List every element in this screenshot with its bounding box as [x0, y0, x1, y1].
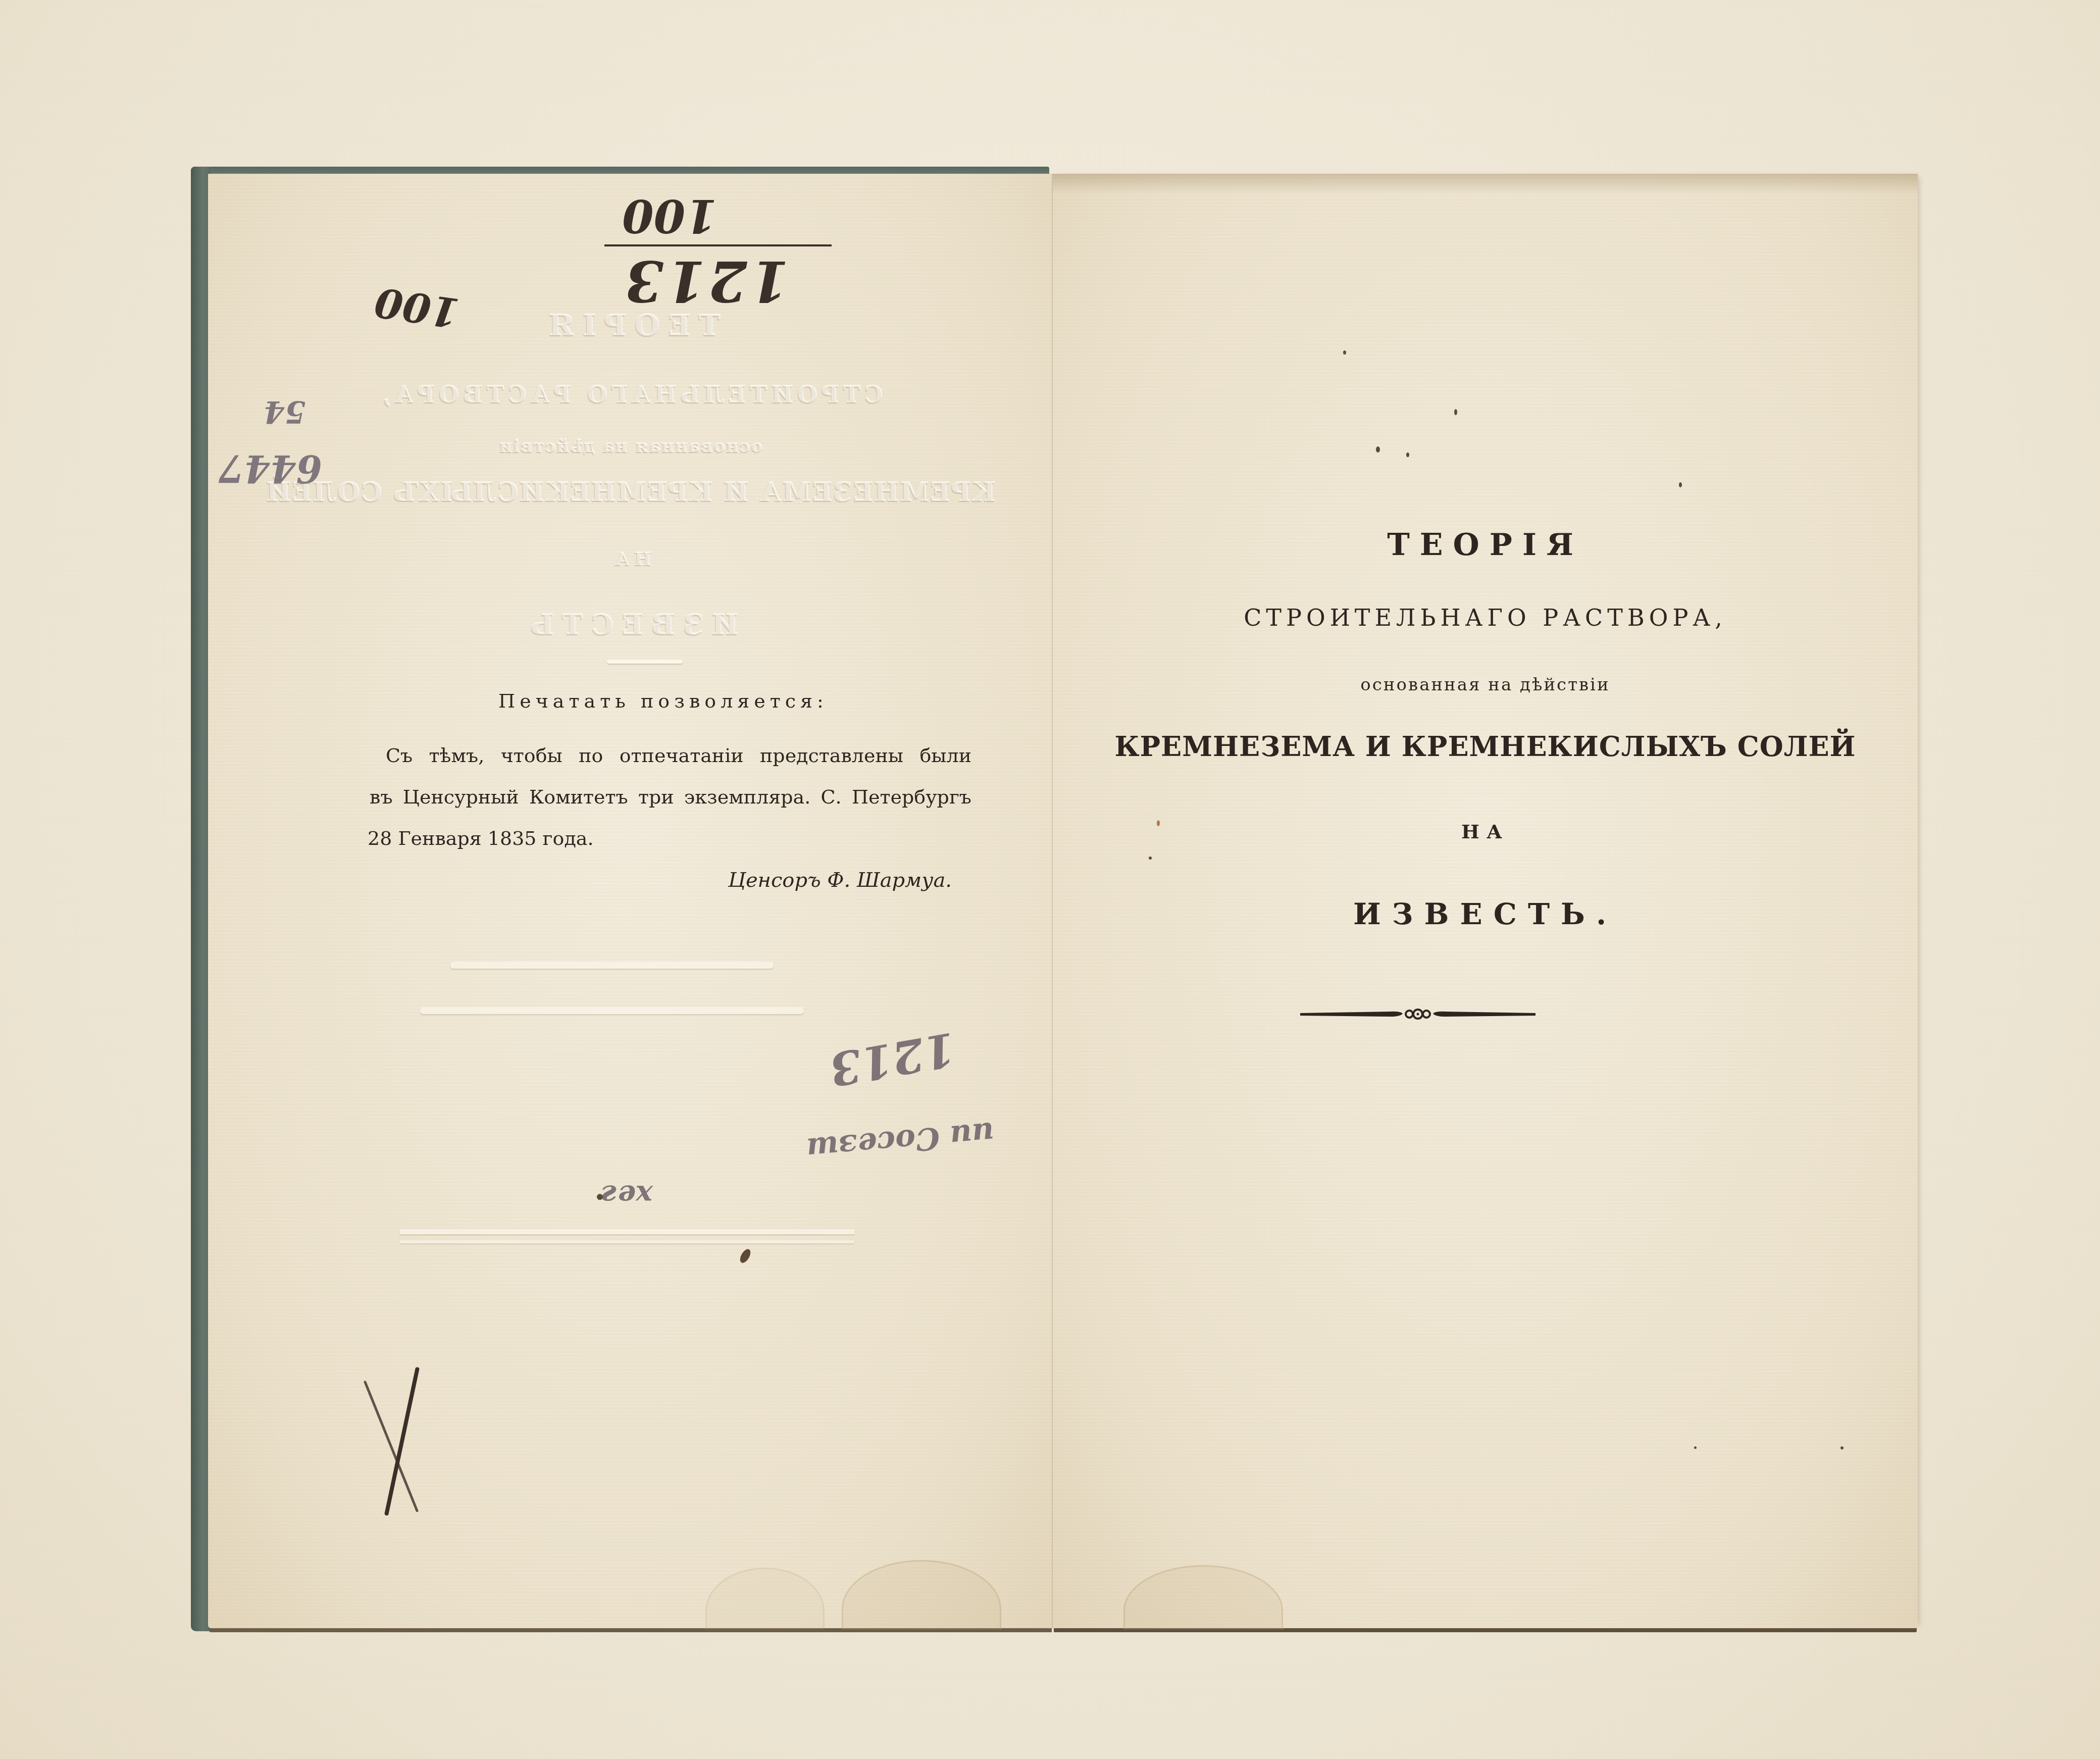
- title: ТЕОРІЯ: [1053, 527, 1918, 563]
- water-stain: [1123, 1565, 1283, 1630]
- foxing-spot: [1679, 482, 1682, 487]
- emboss-ornament: [607, 660, 683, 664]
- offset-mark-2: ии Сосезш: [805, 1115, 996, 1167]
- subtitle: СТРОИТЕЛЬНАГО РАСТВОРА,: [1053, 604, 1918, 631]
- offset-mark-3: хег: [602, 1179, 653, 1212]
- foxing-spot: [1149, 857, 1152, 860]
- offset-mark-1: 1213: [826, 1022, 959, 1096]
- title-line-6: ИЗВЕСТЬ.: [1053, 897, 1918, 931]
- censor-line-3: 28 Генваря 1835 года.: [368, 827, 594, 849]
- foxing-spot: [1343, 350, 1346, 355]
- shelfmark-fraction-line: [604, 244, 832, 246]
- censor-line-1: Съ тѣмъ, чтобы по отпечатаніи представле…: [386, 744, 971, 767]
- censor-line-2: въ Ценсурный Комитетъ три экземпляра. С.…: [370, 786, 971, 808]
- pencil-mark-2: 6447: [218, 446, 322, 490]
- handwritten-shelfmark-numerator: 100: [622, 189, 717, 242]
- top-edge-stain: [1053, 174, 1918, 194]
- book-spread: ТЕОРІЯ СТРОИТЕЛЬНАГО РАСТВОРА, основанна…: [191, 167, 1918, 1634]
- handwritten-shelfmark-denominator: 1213: [622, 248, 789, 314]
- emboss-line2: СТРОИТЕЛЬНАГО РАСТВОРА,: [208, 381, 1053, 408]
- right-page: ТЕОРІЯ СТРОИТЕЛЬНАГО РАСТВОРА, основанна…: [1053, 174, 1918, 1628]
- foxing-spot: [1694, 1446, 1697, 1449]
- title-line-5: НА: [1053, 820, 1918, 843]
- title-line-3: основанная на дѣйствіи: [1053, 675, 1918, 695]
- water-stain: [705, 1568, 825, 1630]
- title-line-4: КРЕМНЕЗЕМА И КРЕМНЕКИСЛЫХЪ СОЛЕЙ: [1053, 730, 1918, 763]
- ornament-rule-icon: [1299, 1004, 1536, 1025]
- emboss-imprint-block: [420, 962, 804, 1027]
- foxing-spot: [1454, 409, 1457, 415]
- emboss-line3: основанная на дѣйствіи: [208, 436, 1053, 457]
- water-stain: [842, 1560, 1001, 1630]
- emboss-line6: ИЗВЕСТЬ: [208, 608, 1053, 641]
- foxing-spot: [1376, 446, 1380, 453]
- censor-signature: Ценсоръ Ф. Шармуа.: [728, 869, 952, 892]
- left-page: ТЕОРІЯ СТРОИТЕЛЬНАГО РАСТВОРА, основанна…: [208, 174, 1053, 1628]
- foxing-spot: [1840, 1446, 1843, 1449]
- emboss-rule: [400, 1229, 854, 1265]
- censor-heading: Печатать позволяется:: [208, 690, 1053, 712]
- emboss-line4: КРЕМНЕЗЕМА И КРЕМНЕКИСЛЫХЪ СОЛЕЙ: [208, 477, 1053, 508]
- foxing-spot: [1406, 453, 1409, 457]
- ink-spot: [597, 1194, 603, 1200]
- pencil-mark-1: 54: [264, 394, 306, 429]
- emboss-line5: НА: [208, 548, 1053, 570]
- foxing-spot: [1157, 820, 1160, 826]
